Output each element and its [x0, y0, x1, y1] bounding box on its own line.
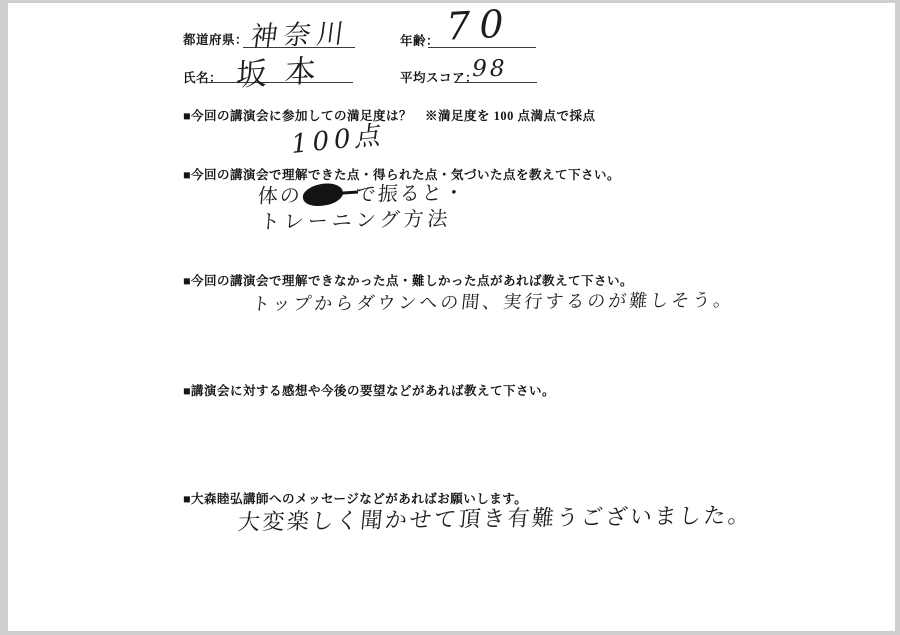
question-3-label: ■今回の講演会で理解できなかった点・難しかった点があれば教えて下さい。 — [183, 271, 633, 289]
average-score-value-handwriting: 98 — [469, 56, 509, 82]
question-2-answer-line2: トレーニング方法 — [259, 202, 453, 234]
question-5-answer-handwriting: 大変楽しく聞かせて頂き有難うございました。 — [237, 498, 754, 536]
name-value-handwriting: 坂本 — [235, 44, 335, 94]
question-1-label: ■今回の講演会に参加しての満足度は？ ※満足度を 100 点満点で採点 — [183, 106, 596, 124]
scanned-survey-page: 都道府県： 神奈川 年齢： 70 氏名： 坂本 平均スコア： 98 ■今回の講演… — [8, 3, 895, 631]
question-3-answer-handwriting: トップからダウンへの間、実行するのが難しそう。 — [251, 286, 736, 316]
prefecture-label: 都道府県： — [183, 30, 248, 48]
question-4-label: ■講演会に対する感想や今後の要望などがあれば教えて下さい。 — [183, 381, 555, 399]
age-value-handwriting: 70 — [443, 1, 516, 49]
scribble-tail-stroke — [334, 190, 358, 195]
